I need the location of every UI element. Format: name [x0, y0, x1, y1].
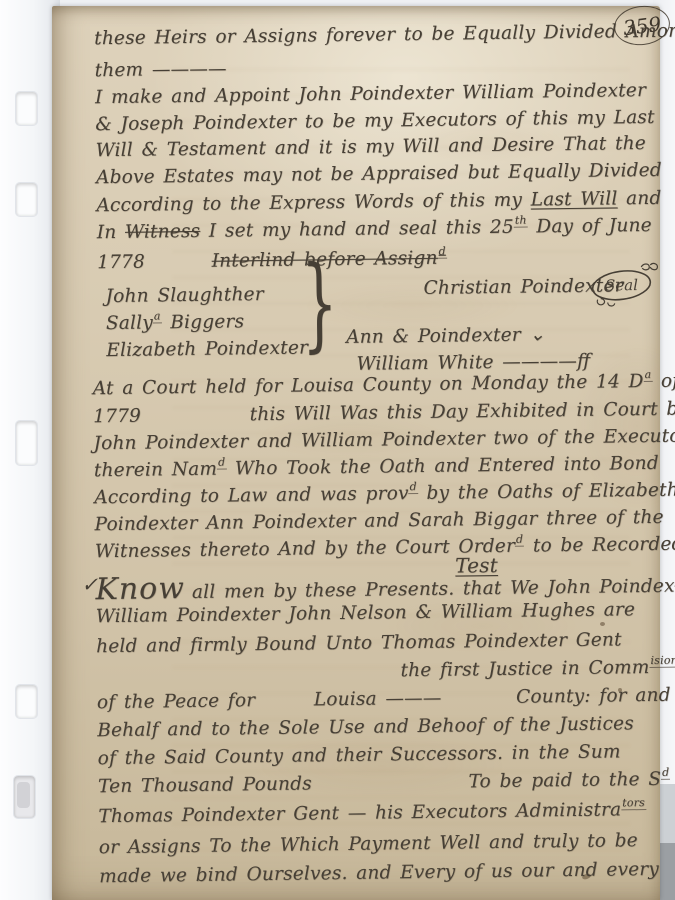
will-line: In Witness I set my hand and seal this 2…: [97, 215, 652, 244]
court-line: Witnesses thereto And by the Court Order…: [95, 534, 675, 564]
binder-hole: [15, 91, 38, 126]
binder-hole: [15, 182, 38, 217]
will-line: According to the Express Words of this m…: [96, 188, 661, 218]
will-date-line: 1778 Interlind before Assignd: [97, 248, 447, 275]
court-exhibited: this Will Was this Day Exhibited in Cour…: [250, 398, 675, 425]
will-line: Above Estates may not be Appraised but E…: [96, 160, 662, 190]
will-line: these Heirs or Assigns forever to be Equ…: [94, 20, 675, 50]
court-line: At a Court held for Louisa County on Mon…: [93, 370, 675, 401]
court-line: therein Namd Who Took the Oath and Enter…: [94, 453, 659, 483]
bond-sum-a: Ten Thousand Pounds: [98, 773, 312, 797]
bond-peace-b: Louisa ———: [314, 688, 442, 711]
bond-know-word: Know: [95, 571, 185, 607]
binder-hole: [13, 775, 36, 819]
court-line: John Poindexter and William Poindexter t…: [93, 425, 675, 455]
margin-checkmark: ✓: [81, 572, 98, 596]
bond-peace-c: County: for and in: [516, 684, 675, 707]
handwritten-text: these Heirs or Assigns forever to be Equ…: [48, 0, 668, 900]
will-year: 1778: [97, 252, 145, 274]
witness-name: John Slaughther: [105, 284, 263, 308]
will-line: them ————: [95, 58, 227, 82]
bond-justice-note: the first Justice in Commision: [400, 657, 675, 683]
binder-hole: [15, 684, 38, 719]
bond-peace-line: of the Peace for Louisa ——— County: for …: [97, 684, 675, 714]
bond-line: of the Said County and their Successors.…: [98, 741, 621, 770]
bond-peace-a: of the Peace for: [97, 690, 256, 713]
bond-line: or Assigns To the Which Payment Well and…: [99, 830, 638, 859]
bond-line: Behalf and to the Sole Use and Behoof of…: [97, 713, 634, 742]
will-line: Will & Testament and it is my Will and D…: [96, 133, 647, 162]
court-year: 1779: [93, 406, 141, 428]
witness-name: Sallya Biggers: [106, 311, 245, 335]
witness-name: Elizabeth Poindexter: [106, 337, 308, 362]
bond-line: held and firmly Bound Unto Thomas Poinde…: [96, 629, 622, 658]
binder-hole: [15, 420, 38, 466]
will-line: & Joseph Poindexter to be my Executors o…: [95, 107, 655, 137]
seal-label: Seal: [605, 276, 638, 294]
seal-mark: Seal: [583, 261, 666, 308]
bond-line: made we bind Ourselves. and Every of us …: [99, 859, 659, 889]
court-line: Poindexter Ann Poindexter and Sarah Bigg…: [94, 507, 663, 537]
will-line: I make and Appoint John Poindexter Willi…: [95, 80, 646, 109]
signature-ann: Ann & Poindexter ⌄: [346, 324, 545, 349]
attestation-brace: }: [301, 253, 338, 355]
photo-of-manuscript: 359 these Heirs or Assigns forever to be…: [0, 0, 675, 900]
court-line: According to Law and was provd by the Oa…: [94, 480, 675, 510]
court-year-line: 1779 this Will Was this Day Exhibited in…: [93, 398, 675, 428]
manuscript-page: 359 these Heirs or Assigns forever to be…: [52, 6, 660, 900]
bond-sum-line: Ten Thousand Pounds To be paid to the Sd: [98, 769, 671, 799]
bond-sum-b: To be paid to the Sd: [468, 769, 670, 793]
bond-line: Thomas Poindexter Gent — his Executors A…: [98, 799, 646, 828]
